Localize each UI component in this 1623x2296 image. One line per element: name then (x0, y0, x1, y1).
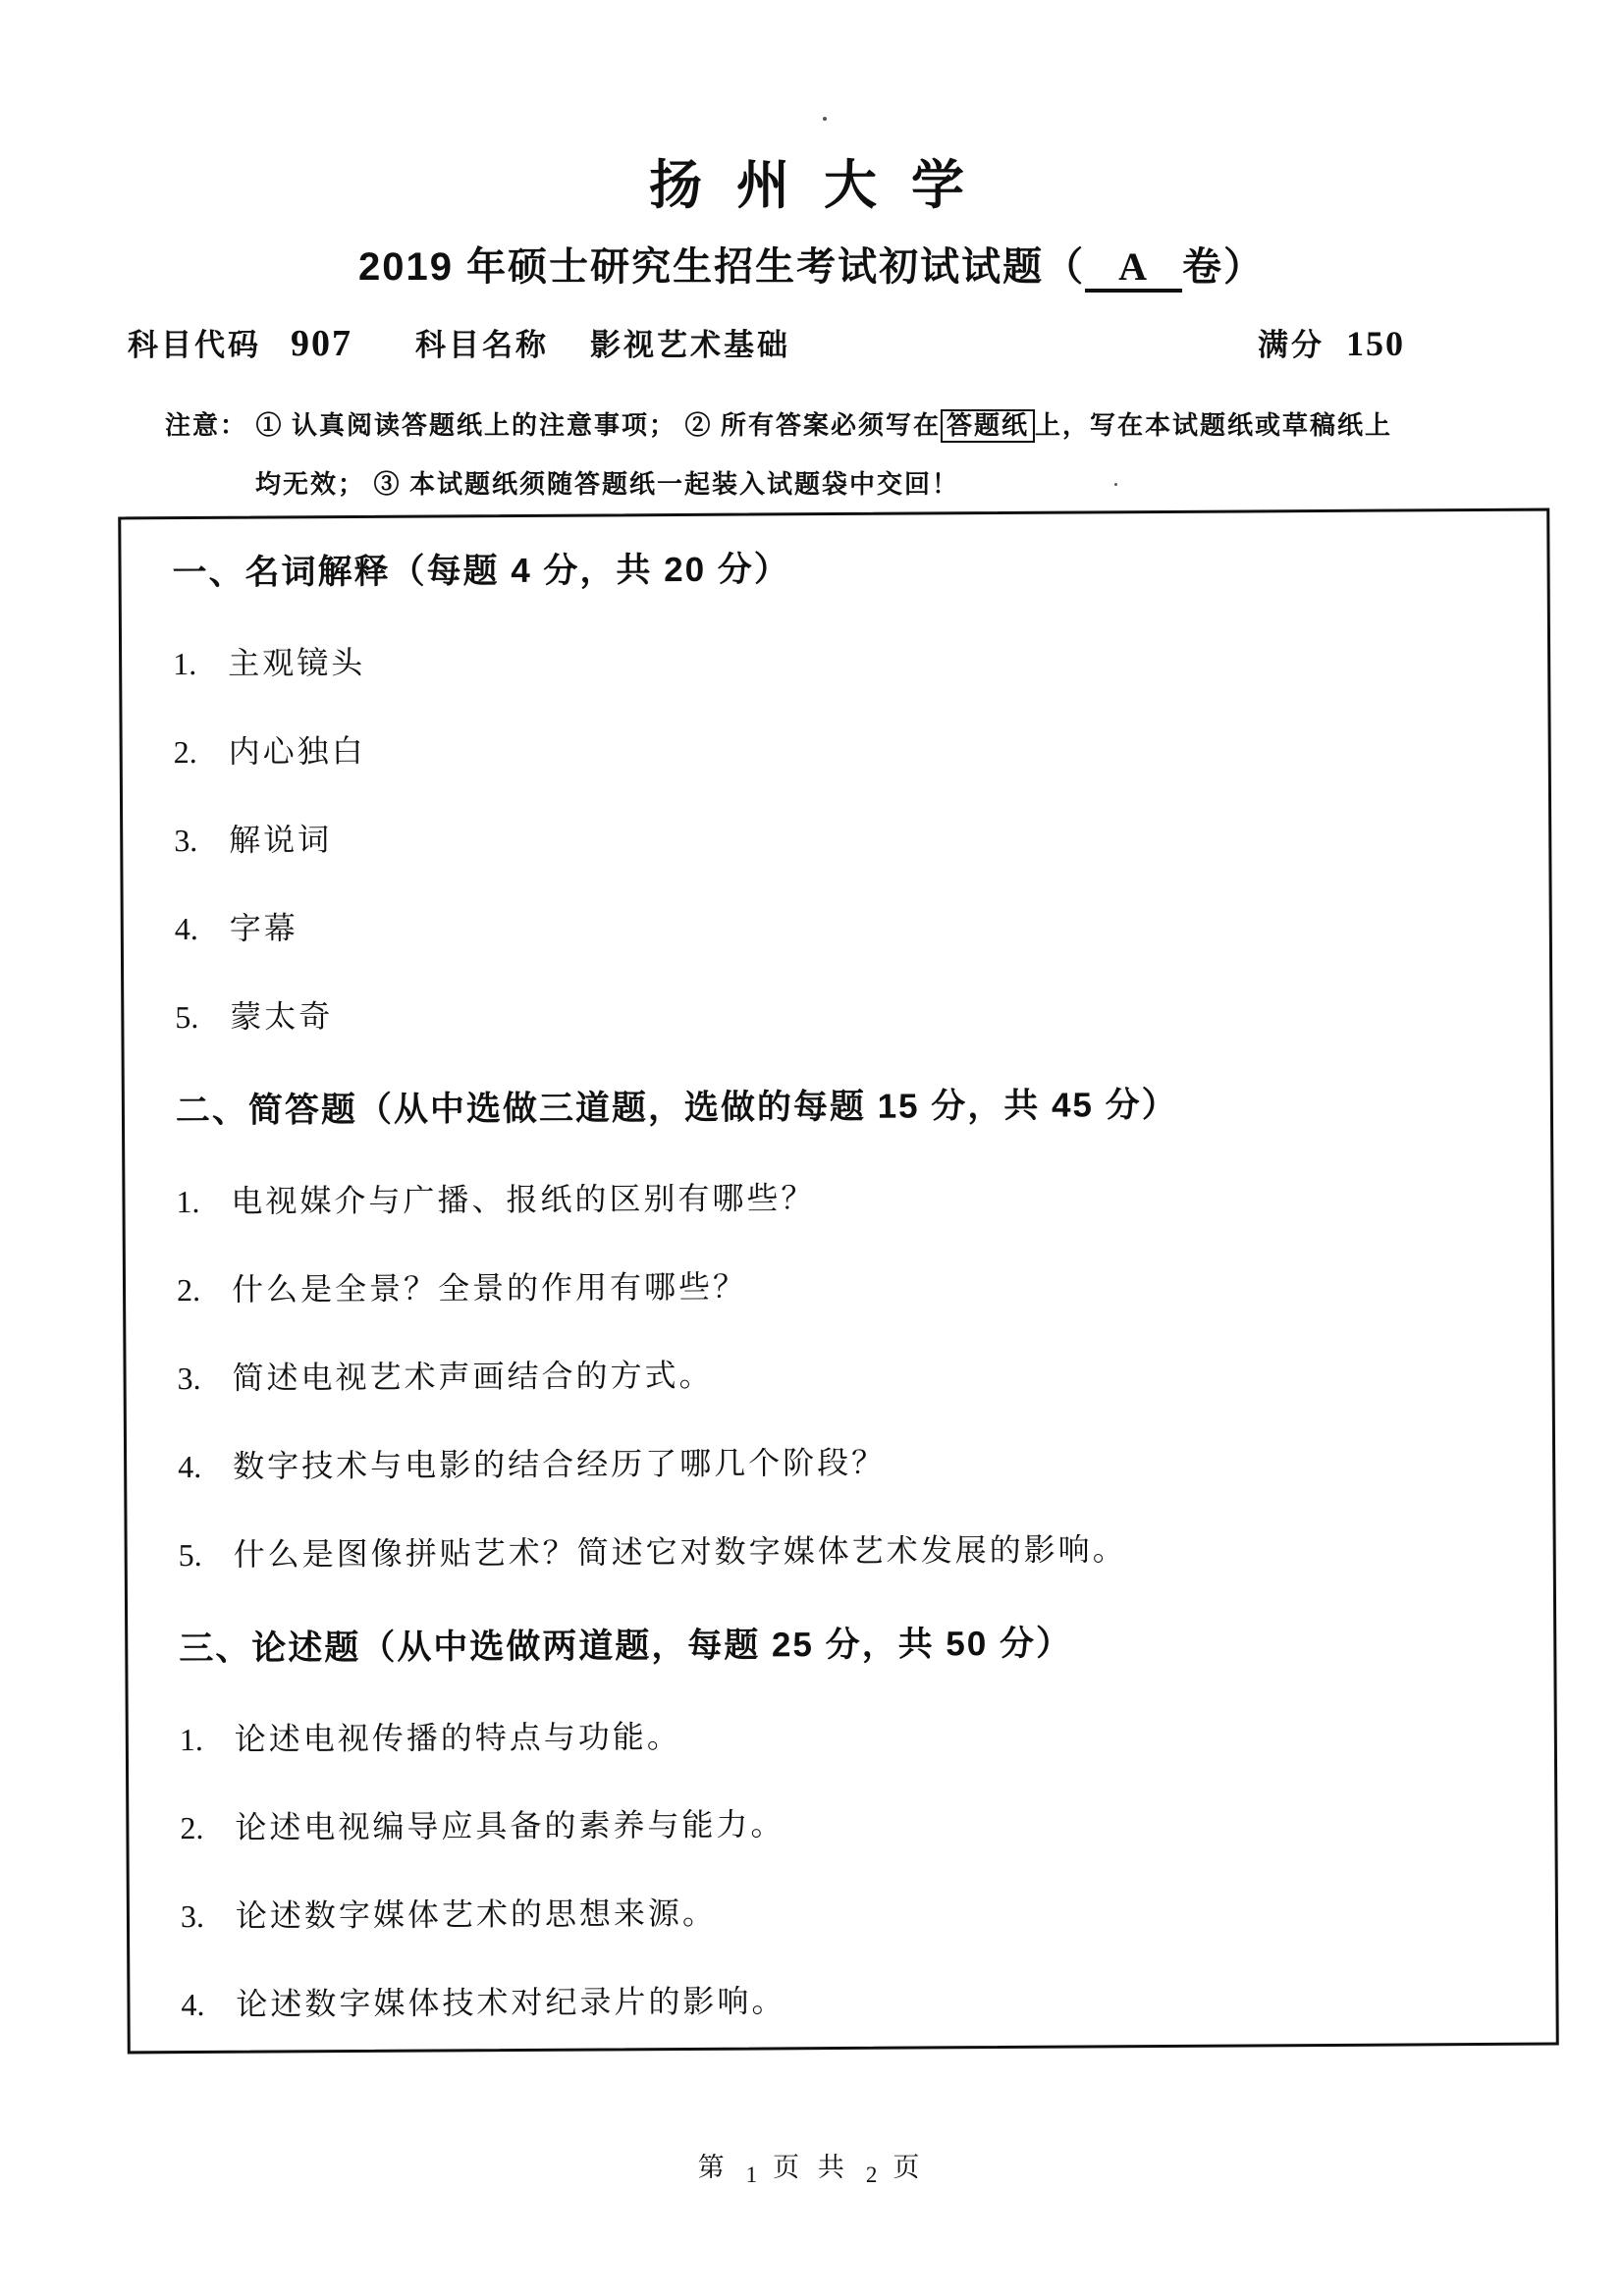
question-item: 1. 论述电视传播的特点与功能。 (180, 1715, 1519, 1756)
exam-title-prefix: 2019 年硕士研究生招生考试初试试题（ (358, 245, 1085, 289)
item-text: 什么是全景？全景的作用有哪些？ (232, 1270, 747, 1307)
exam-title: 2019 年硕士研究生招生考试初试试题（A卷） (0, 236, 1623, 293)
notice-line1-part2: 上，写在本试题纸或草稿纸上 (1035, 411, 1392, 440)
section-1-heading: 一、名词解释（每题 4 分，共 20 分） (172, 543, 1511, 596)
notice-block: 注意： ① 认真阅读答题纸上的注意事项； ② 所有答案必须写在答题纸上，写在本试… (165, 397, 1540, 514)
answer-sheet-boxed-term: 答题纸 (941, 409, 1035, 443)
item-number: 2. (180, 1811, 235, 1844)
item-number: 1. (173, 647, 228, 680)
item-number: 3. (181, 1899, 236, 1933)
exam-variant-letter: A (1118, 244, 1149, 289)
subject-code-label: 科目代码 (128, 320, 261, 364)
exam-title-suffix: 卷） (1182, 245, 1265, 289)
item-text: 电视媒介与广播、报纸的区别有哪些？ (231, 1181, 815, 1218)
questions-box: 一、名词解释（每题 4 分，共 20 分） 1. 主观镜头 2. 内心独白 3.… (118, 508, 1559, 2055)
item-text: 数字技术与电影的结合经历了哪几个阶段？ (233, 1446, 886, 1483)
footer-suffix: 页 (893, 2153, 925, 2182)
notice-line-2: 均无效； ③ 本试题纸须随答题纸一起装入试题袋中交回！ (255, 455, 1540, 514)
question-item: 5. 蒙太奇 (175, 992, 1514, 1034)
full-score: 满分150 (1258, 320, 1405, 364)
university-title: 扬 州 大 学 (0, 143, 1623, 219)
full-score-label: 满分 (1258, 328, 1325, 362)
item-number: 3. (174, 824, 229, 857)
item-number: 4. (178, 1450, 233, 1483)
item-text: 论述电视传播的特点与功能。 (235, 1720, 681, 1756)
meta-row: 科目代码 907 科目名称 影视艺术基础 满分150 (128, 320, 1623, 365)
item-text: 字幕 (230, 911, 298, 944)
item-number: 3. (177, 1362, 232, 1395)
item-number: 4. (181, 1988, 236, 2021)
item-text: 蒙太奇 (230, 999, 333, 1034)
item-text: 论述数字媒体艺术的思想来源。 (236, 1896, 717, 1933)
item-text: 主观镜头 (228, 646, 365, 680)
item-number: 5. (179, 1538, 234, 1572)
question-item: 3. 解说词 (174, 816, 1513, 857)
footer-middle: 页 共 (773, 2153, 850, 2182)
full-score-value: 150 (1346, 324, 1405, 363)
question-item: 2. 什么是全景？全景的作用有哪些？ (177, 1265, 1516, 1307)
total-page-number: 2 (866, 2163, 878, 2187)
exam-paper-page: 扬 州 大 学 2019 年硕士研究生招生考试初试试题（A卷） 科目代码 907… (0, 0, 1623, 2296)
notice-label: 注意： (165, 411, 247, 440)
item-number: 5. (175, 1000, 230, 1034)
exam-variant-underline: A (1085, 247, 1182, 293)
page-footer: 第1页 共2页 (0, 2146, 1623, 2184)
item-text: 解说词 (229, 823, 332, 857)
notice-line-1: 注意： ① 认真阅读答题纸上的注意事项； ② 所有答案必须写在答题纸上，写在本试… (165, 397, 1540, 455)
item-text: 论述数字媒体技术对纪录片的影响。 (236, 1984, 785, 2020)
current-page-number: 1 (746, 2163, 758, 2187)
notice-line1-part1: ① 认真阅读答题纸上的注意事项； ② 所有答案必须写在 (256, 411, 942, 440)
question-item: 1. 电视媒介与广播、报纸的区别有哪些？ (176, 1177, 1515, 1218)
subject-code-value: 907 (291, 322, 352, 365)
item-text: 简述电视艺术声画结合的方式。 (232, 1359, 713, 1395)
item-number: 4. (175, 912, 230, 945)
item-text: 内心独白 (229, 734, 366, 769)
subject-name-label: 科目名称 (415, 320, 549, 364)
item-text: 什么是图像拼贴艺术？简述它对数字媒体艺术发展的影响。 (234, 1532, 1127, 1572)
question-item: 4. 数字技术与电影的结合经历了哪几个阶段？ (178, 1442, 1517, 1483)
section-2-heading: 二、简答题（从中选做三道题，选做的每题 15 分，共 45 分） (176, 1081, 1515, 1134)
section-3-heading: 三、论述题（从中选做两道题，每题 25 分，共 50 分） (179, 1619, 1518, 1672)
item-number: 1. (176, 1185, 231, 1218)
item-number: 2. (177, 1273, 232, 1307)
item-number: 1. (180, 1723, 235, 1756)
question-item: 4. 论述数字媒体技术对纪录片的影响。 (181, 1980, 1520, 2021)
question-item: 4. 字幕 (175, 904, 1514, 945)
subject-name-value: 影视艺术基础 (590, 320, 790, 364)
item-number: 2. (174, 735, 229, 769)
question-item: 5. 什么是图像拼贴艺术？简述它对数字媒体艺术发展的影响。 (179, 1530, 1518, 1572)
question-item: 2. 论述电视编导应具备的素养与能力。 (180, 1803, 1519, 1844)
question-item: 2. 内心独白 (174, 727, 1513, 769)
item-text: 论述电视编导应具备的素养与能力。 (235, 1807, 784, 1843)
question-item: 3. 简述电视艺术声画结合的方式。 (177, 1354, 1516, 1395)
question-item: 3. 论述数字媒体艺术的思想来源。 (181, 1892, 1520, 1933)
footer-prefix: 第 (698, 2153, 730, 2182)
question-item: 1. 主观镜头 (173, 639, 1512, 680)
scan-speck (823, 117, 827, 121)
